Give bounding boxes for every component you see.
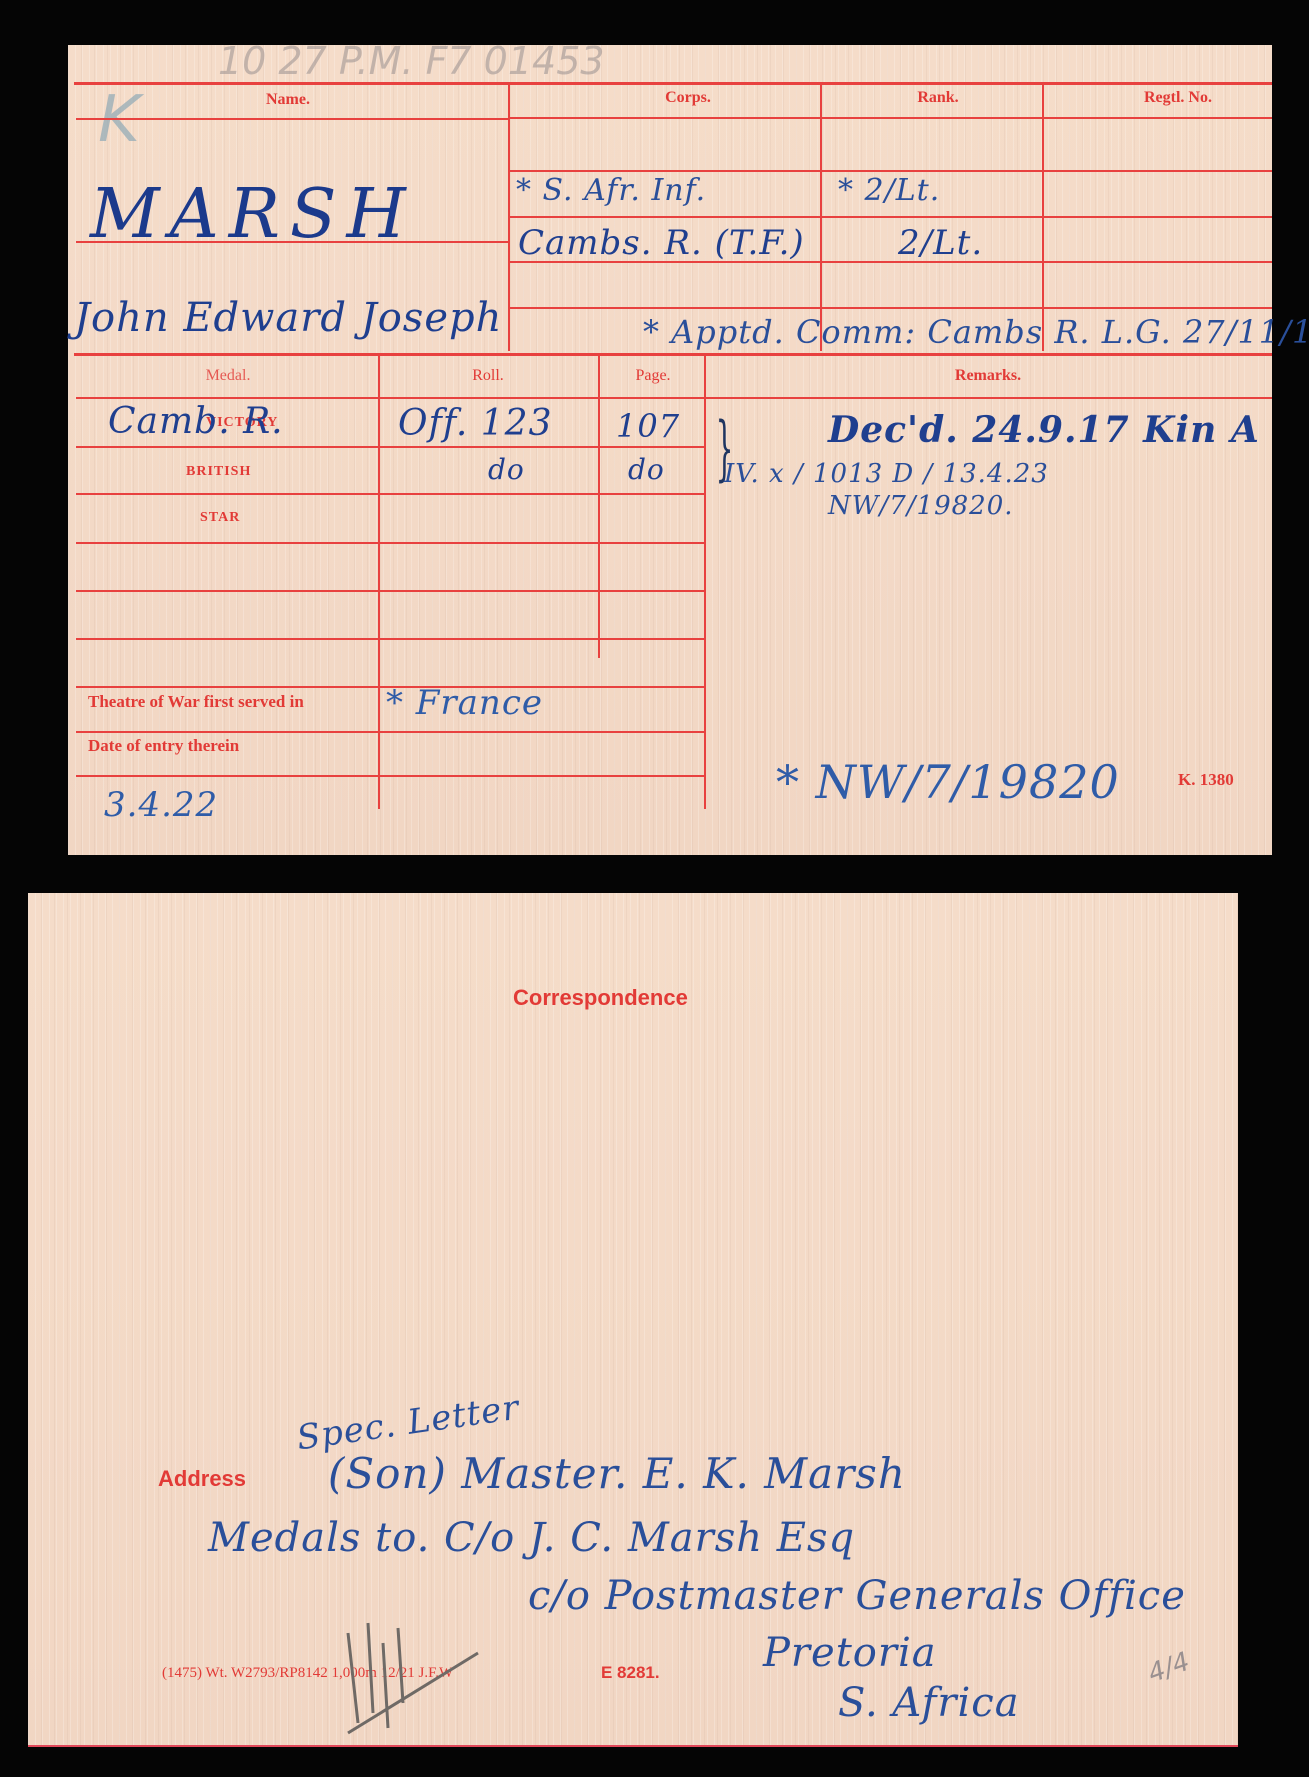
page-value-2: do [628,453,665,486]
pencil-mark-k: K [98,83,140,157]
rule-top [74,82,1272,85]
medal-label-star: STAR [200,510,240,526]
rule [76,731,704,733]
surname: MARSH [90,175,416,254]
header-medal: Medal. [158,367,298,385]
header-regtl-no: Regtl. No. [1108,89,1248,107]
header-rank: Rank. [868,89,1008,107]
address-line-6: S. Africa [838,1680,1020,1726]
roll-value-2: do [488,453,525,486]
medal-index-card-front: 10 27 P.M. F7 01453 K Name. Corps. Rank.… [68,45,1272,855]
rule-medal-top [74,353,1272,356]
medal-corps-handwritten: Camb. R. [108,401,284,442]
appointment-note: * Apptd. Comm: Cambs R. L.G. 27/11/16 [643,313,1309,351]
date-entry-label: Date of entry therein [88,736,239,756]
medal-index-card-back: Correspondence Address Spec. Letter (Son… [28,893,1238,1747]
rank-entry-1: * 2/Lt. [838,173,940,208]
pencil-reference-top: 10 27 P.M. F7 01453 [218,39,605,83]
rank-entry-2: 2/Lt. [898,223,983,263]
rule [76,542,704,544]
header-corps: Corps. [618,89,758,107]
rule [510,216,1272,218]
print-code: E 8281. [601,1663,660,1683]
rule [510,170,1272,172]
page-value-1: 107 [616,407,680,445]
forenames: John Edward Joseph [74,295,502,341]
form-number: K. 1380 [1178,770,1234,790]
remarks-line-1: Dec'd. 24.9.17 Kin A [828,409,1260,451]
rule [76,775,704,777]
rule [76,446,704,448]
correspondence-title: Correspondence [513,985,688,1011]
divider-name-corps [508,85,510,351]
address-line-5: Pretoria [763,1630,937,1676]
theatre-label: Theatre of War first served in [88,692,304,712]
rule [76,638,704,640]
pencil-scribble-icon [328,1613,488,1753]
rule [76,493,704,495]
divider-rank-regtl [1042,85,1044,351]
divider-page-remarks [704,353,706,809]
remarks-line-3: NW/7/19820. [828,491,1014,521]
address-line-4: c/o Postmaster Generals Office [528,1573,1186,1619]
remarks-line-2: IV. x / 1013 D / 13.4.23 [724,459,1049,489]
corner-note: 4/4 [1144,1647,1194,1690]
rule [76,397,1272,399]
rule [510,117,1272,119]
divider-corps-rank [820,85,822,351]
rule [510,307,1272,309]
medal-label-british: BRITISH [186,464,251,480]
header-name: Name. [218,91,358,109]
roll-value-1: Off. 123 [398,403,552,444]
header-remarks: Remarks. [918,367,1058,385]
address-line-1: Spec. Letter [294,1388,522,1459]
theatre-value: * France [386,683,543,723]
address-line-3: Medals to. C/o J. C. Marsh Esq [208,1515,855,1561]
corps-entry-2: Cambs. R. (T.F.) [518,223,805,263]
address-line-2: (Son) Master. E. K. Marsh [328,1449,906,1498]
rule [76,118,508,120]
header-page: Page. [583,367,723,385]
reference-handwritten: * NW/7/19820 [776,755,1120,809]
address-label: Address [158,1466,246,1492]
rule [76,590,704,592]
divider-medal-roll [378,353,380,809]
header-roll: Roll. [418,367,558,385]
corps-entry-1: * S. Afr. Inf. [516,173,706,208]
date-stamp: 3.4.22 [104,785,218,825]
